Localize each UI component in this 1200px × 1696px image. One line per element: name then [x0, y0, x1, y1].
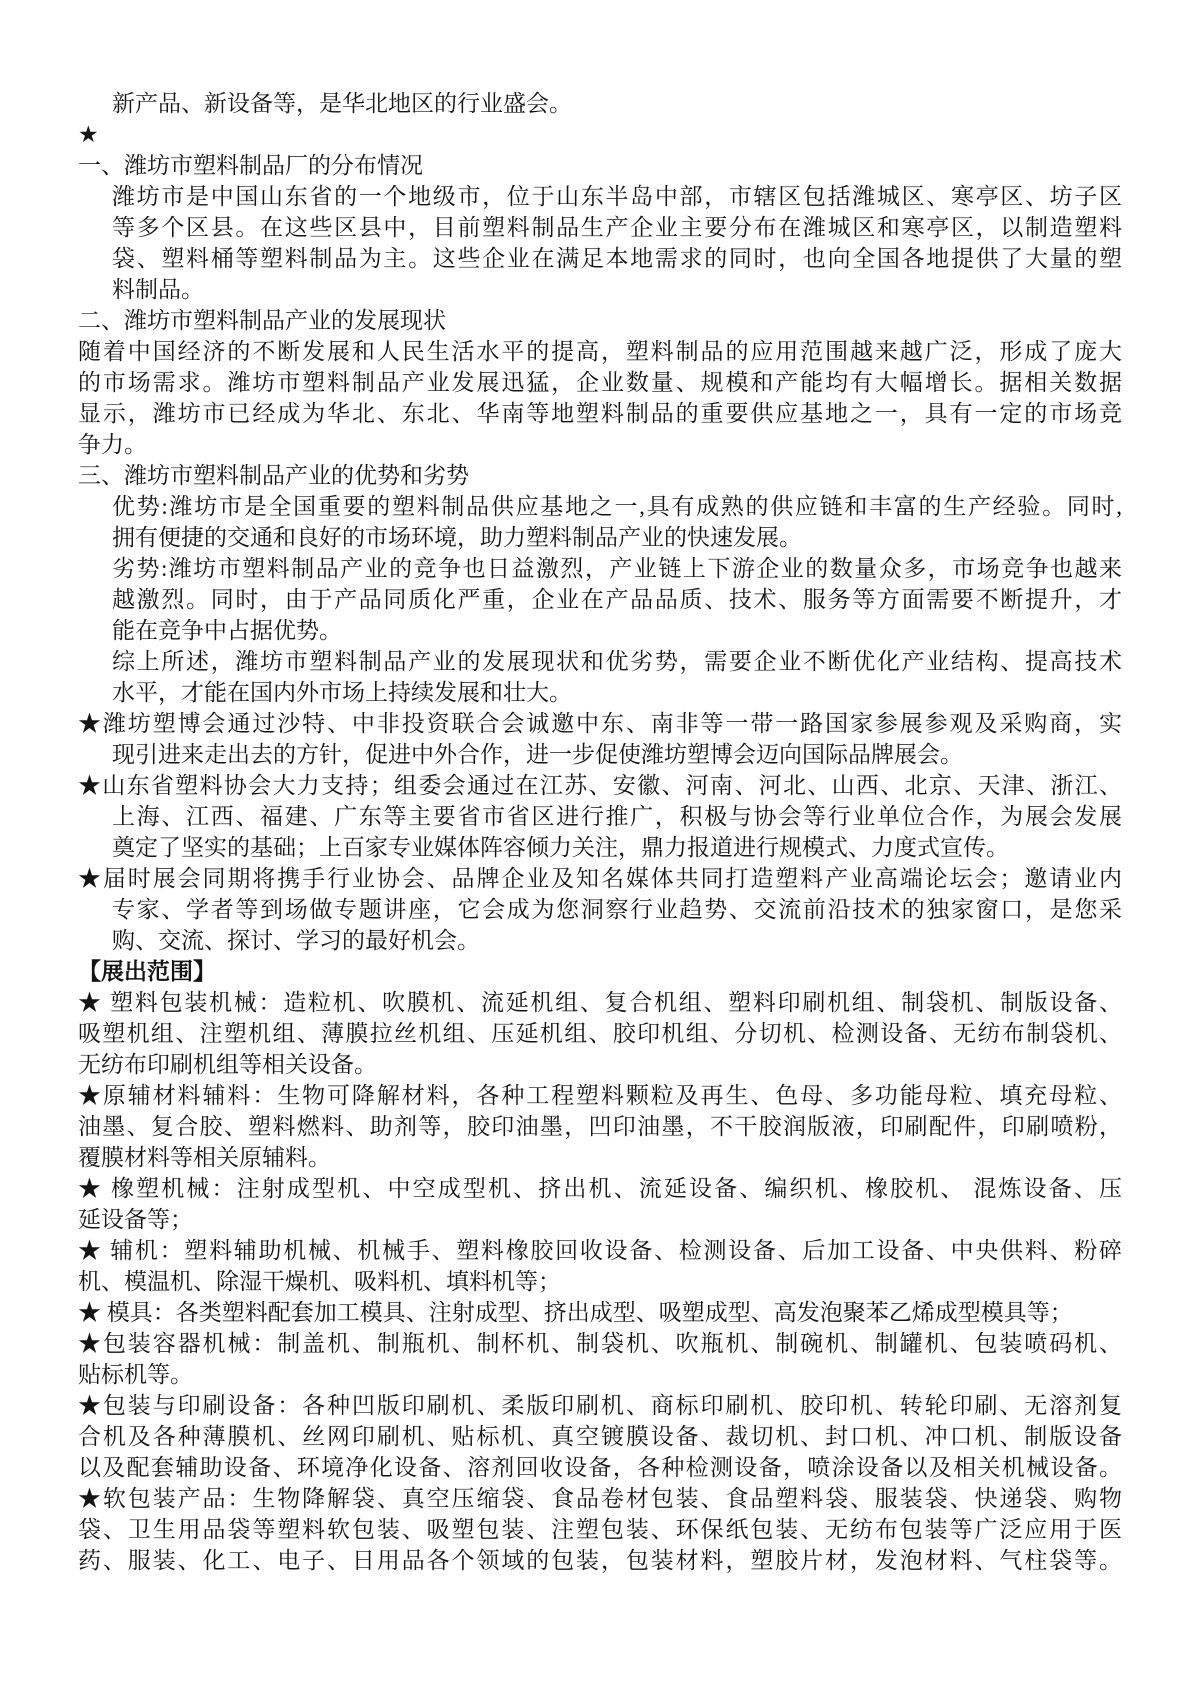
text-line: 以及配套辅助设备、环境净化设备、溶剂回收设备，各种检测设备，喷涂设备以及相关机械… — [78, 1452, 1122, 1483]
text-line: ★原辅材料辅料：生物可降解材料，各种工程塑料颗粒及再生、色母、多功能母粒、填充母… — [78, 1080, 1122, 1111]
text-line: 覆膜材料等相关原辅料。 — [78, 1142, 1122, 1173]
text-line: 随着中国经济的不断发展和人民生活水平的提高，塑料制品的应用范围越来越广泛，形成了… — [78, 336, 1122, 367]
text-line: 袋、塑料桶等塑料制品为主。这些企业在满足本地需求的同时，也向全国各地提供了大量的… — [78, 243, 1122, 274]
text-line: 越激烈。同时，由于产品同质化严重，企业在产品品质、技术、服务等方面需要不断提升，… — [78, 584, 1122, 615]
text-line: 潍坊市是中国山东省的一个地级市，位于山东半岛中部，市辖区包括潍城区、寒亭区、坊子… — [78, 181, 1122, 212]
text-line: 的市场需求。潍坊市塑料制品产业发展迅猛，企业数量、规模和产能均有大幅增长。据相关… — [78, 367, 1122, 398]
text-line: ★届时展会同期将携手行业协会、品牌企业及知名媒体共同打造塑料产业高端论坛会；邀请… — [78, 863, 1122, 894]
text-line: 购、交流、探讨、学习的最好机会。 — [78, 925, 1122, 956]
text-line: 专家、学者等到场做专题讲座，它会成为您洞察行业趋势、交流前沿技术的独家窗口，是您… — [78, 894, 1122, 925]
text-line: 贴标机等。 — [78, 1359, 1122, 1390]
text-line: 一、潍坊市塑料制品厂的分布情况 — [78, 150, 1122, 181]
text-line: 综上所述，潍坊市塑料制品产业的发展现状和优劣势，需要企业不断优化产业结构、提高技… — [78, 646, 1122, 677]
text-line: 现引进来走出去的方针，促进中外合作，进一步促使潍坊塑博会迈向国际品牌展会。 — [78, 739, 1122, 770]
text-line: 袋、卫生用品袋等塑料软包装、吸塑包装、注塑包装、环保纸包装、无纺布包装等广泛应用… — [78, 1514, 1122, 1545]
text-line: ★软包装产品：生物降解袋、真空压缩袋、食品卷材包装、食品塑料袋、服装袋、快递袋、… — [78, 1483, 1122, 1514]
text-line: 延设备等； — [78, 1204, 1122, 1235]
document-body: 新产品、新设备等，是华北地区的行业盛会。★一、潍坊市塑料制品厂的分布情况潍坊市是… — [78, 88, 1122, 1576]
text-line: 合机及各种薄膜机、丝网印刷机、贴标机、真空镀膜设备、裁切机、封口机、冲口机、制版… — [78, 1421, 1122, 1452]
text-line: 等多个区县。在这些区县中，目前塑料制品生产企业主要分布在潍城区和寒亭区，以制造塑… — [78, 212, 1122, 243]
text-line: 无纺布印刷机组等相关设备。 — [78, 1049, 1122, 1080]
text-line: 优势:潍坊市是全国重要的塑料制品供应基地之一,具有成熟的供应链和丰富的生产经验。… — [78, 491, 1122, 522]
text-line: 油墨、复合胶、塑料燃料、助剂等，胶印油墨，凹印油墨，不干胶润版液，印刷配件，印刷… — [78, 1111, 1122, 1142]
text-line: 新产品、新设备等，是华北地区的行业盛会。 — [78, 88, 1122, 119]
text-line: 争力。 — [78, 429, 1122, 460]
text-line: 劣势:潍坊市塑料制品产业的竞争也日益激烈，产业链上下游企业的数量众多，市场竞争也… — [78, 553, 1122, 584]
text-line: 药、服装、化工、电子、日用品各个领域的包装，包装材料，塑胶片材，发泡材料、气柱袋… — [78, 1545, 1122, 1576]
text-line: 拥有便捷的交通和良好的市场环境，助力塑料制品产业的快速发展。 — [78, 522, 1122, 553]
text-line: ★ 橡塑机械：注射成型机、中空成型机、挤出机、流延设备、编织机、橡胶机、 混炼设… — [78, 1173, 1122, 1204]
text-line: 料制品。 — [78, 274, 1122, 305]
text-line: ★包装与印刷设备：各种凹版印刷机、柔版印刷机、商标印刷机、胶印机、转轮印刷、无溶… — [78, 1390, 1122, 1421]
text-line: ★山东省塑料协会大力支持；组委会通过在江苏、安徽、河南、河北、山西、北京、天津、… — [78, 770, 1122, 801]
text-line: 【展出范围】 — [78, 956, 1122, 987]
text-line: ★潍坊塑博会通过沙特、中非投资联合会诚邀中东、南非等一带一路国家参展参观及采购商… — [78, 708, 1122, 739]
text-line: ★ 辅机：塑料辅助机械、机械手、塑料橡胶回收设备、检测设备、后加工设备、中央供料… — [78, 1235, 1122, 1266]
text-line: 能在竞争中占据优势。 — [78, 615, 1122, 646]
text-line: 水平，才能在国内外市场上持续发展和壮大。 — [78, 677, 1122, 708]
text-line: ★包装容器机械：制盖机、制瓶机、制杯机、制袋机、吹瓶机、制碗机、制罐机、包装喷码… — [78, 1328, 1122, 1359]
text-line: 二、潍坊市塑料制品产业的发展现状 — [78, 305, 1122, 336]
text-line: ★ — [78, 119, 1122, 150]
text-line: 显示，潍坊市已经成为华北、东北、华南等地塑料制品的重要供应基地之一，具有一定的市… — [78, 398, 1122, 429]
text-line: ★ 塑料包装机械：造粒机、吹膜机、流延机组、复合机组、塑料印刷机组、制袋机、制版… — [78, 987, 1122, 1018]
text-line: 三、潍坊市塑料制品产业的优势和劣势 — [78, 460, 1122, 491]
text-line: ★ 模具：各类塑料配套加工模具、注射成型、挤出成型、吸塑成型、高发泡聚苯乙烯成型… — [78, 1297, 1122, 1328]
text-line: 上海、江西、福建、广东等主要省市省区进行推广，积极与协会等行业单位合作，为展会发… — [78, 801, 1122, 832]
document-page: 新产品、新设备等，是华北地区的行业盛会。★一、潍坊市塑料制品厂的分布情况潍坊市是… — [0, 0, 1200, 1696]
text-line: 奠定了坚实的基础；上百家专业媒体阵容倾力关注，鼎力报道进行规模式、力度式宣传。 — [78, 832, 1122, 863]
text-line: 机、模温机、除湿干燥机、吸料机、填料机等； — [78, 1266, 1122, 1297]
text-line: 吸塑机组、注塑机组、薄膜拉丝机组、压延机组、胶印机组、分切机、检测设备、无纺布制… — [78, 1018, 1122, 1049]
